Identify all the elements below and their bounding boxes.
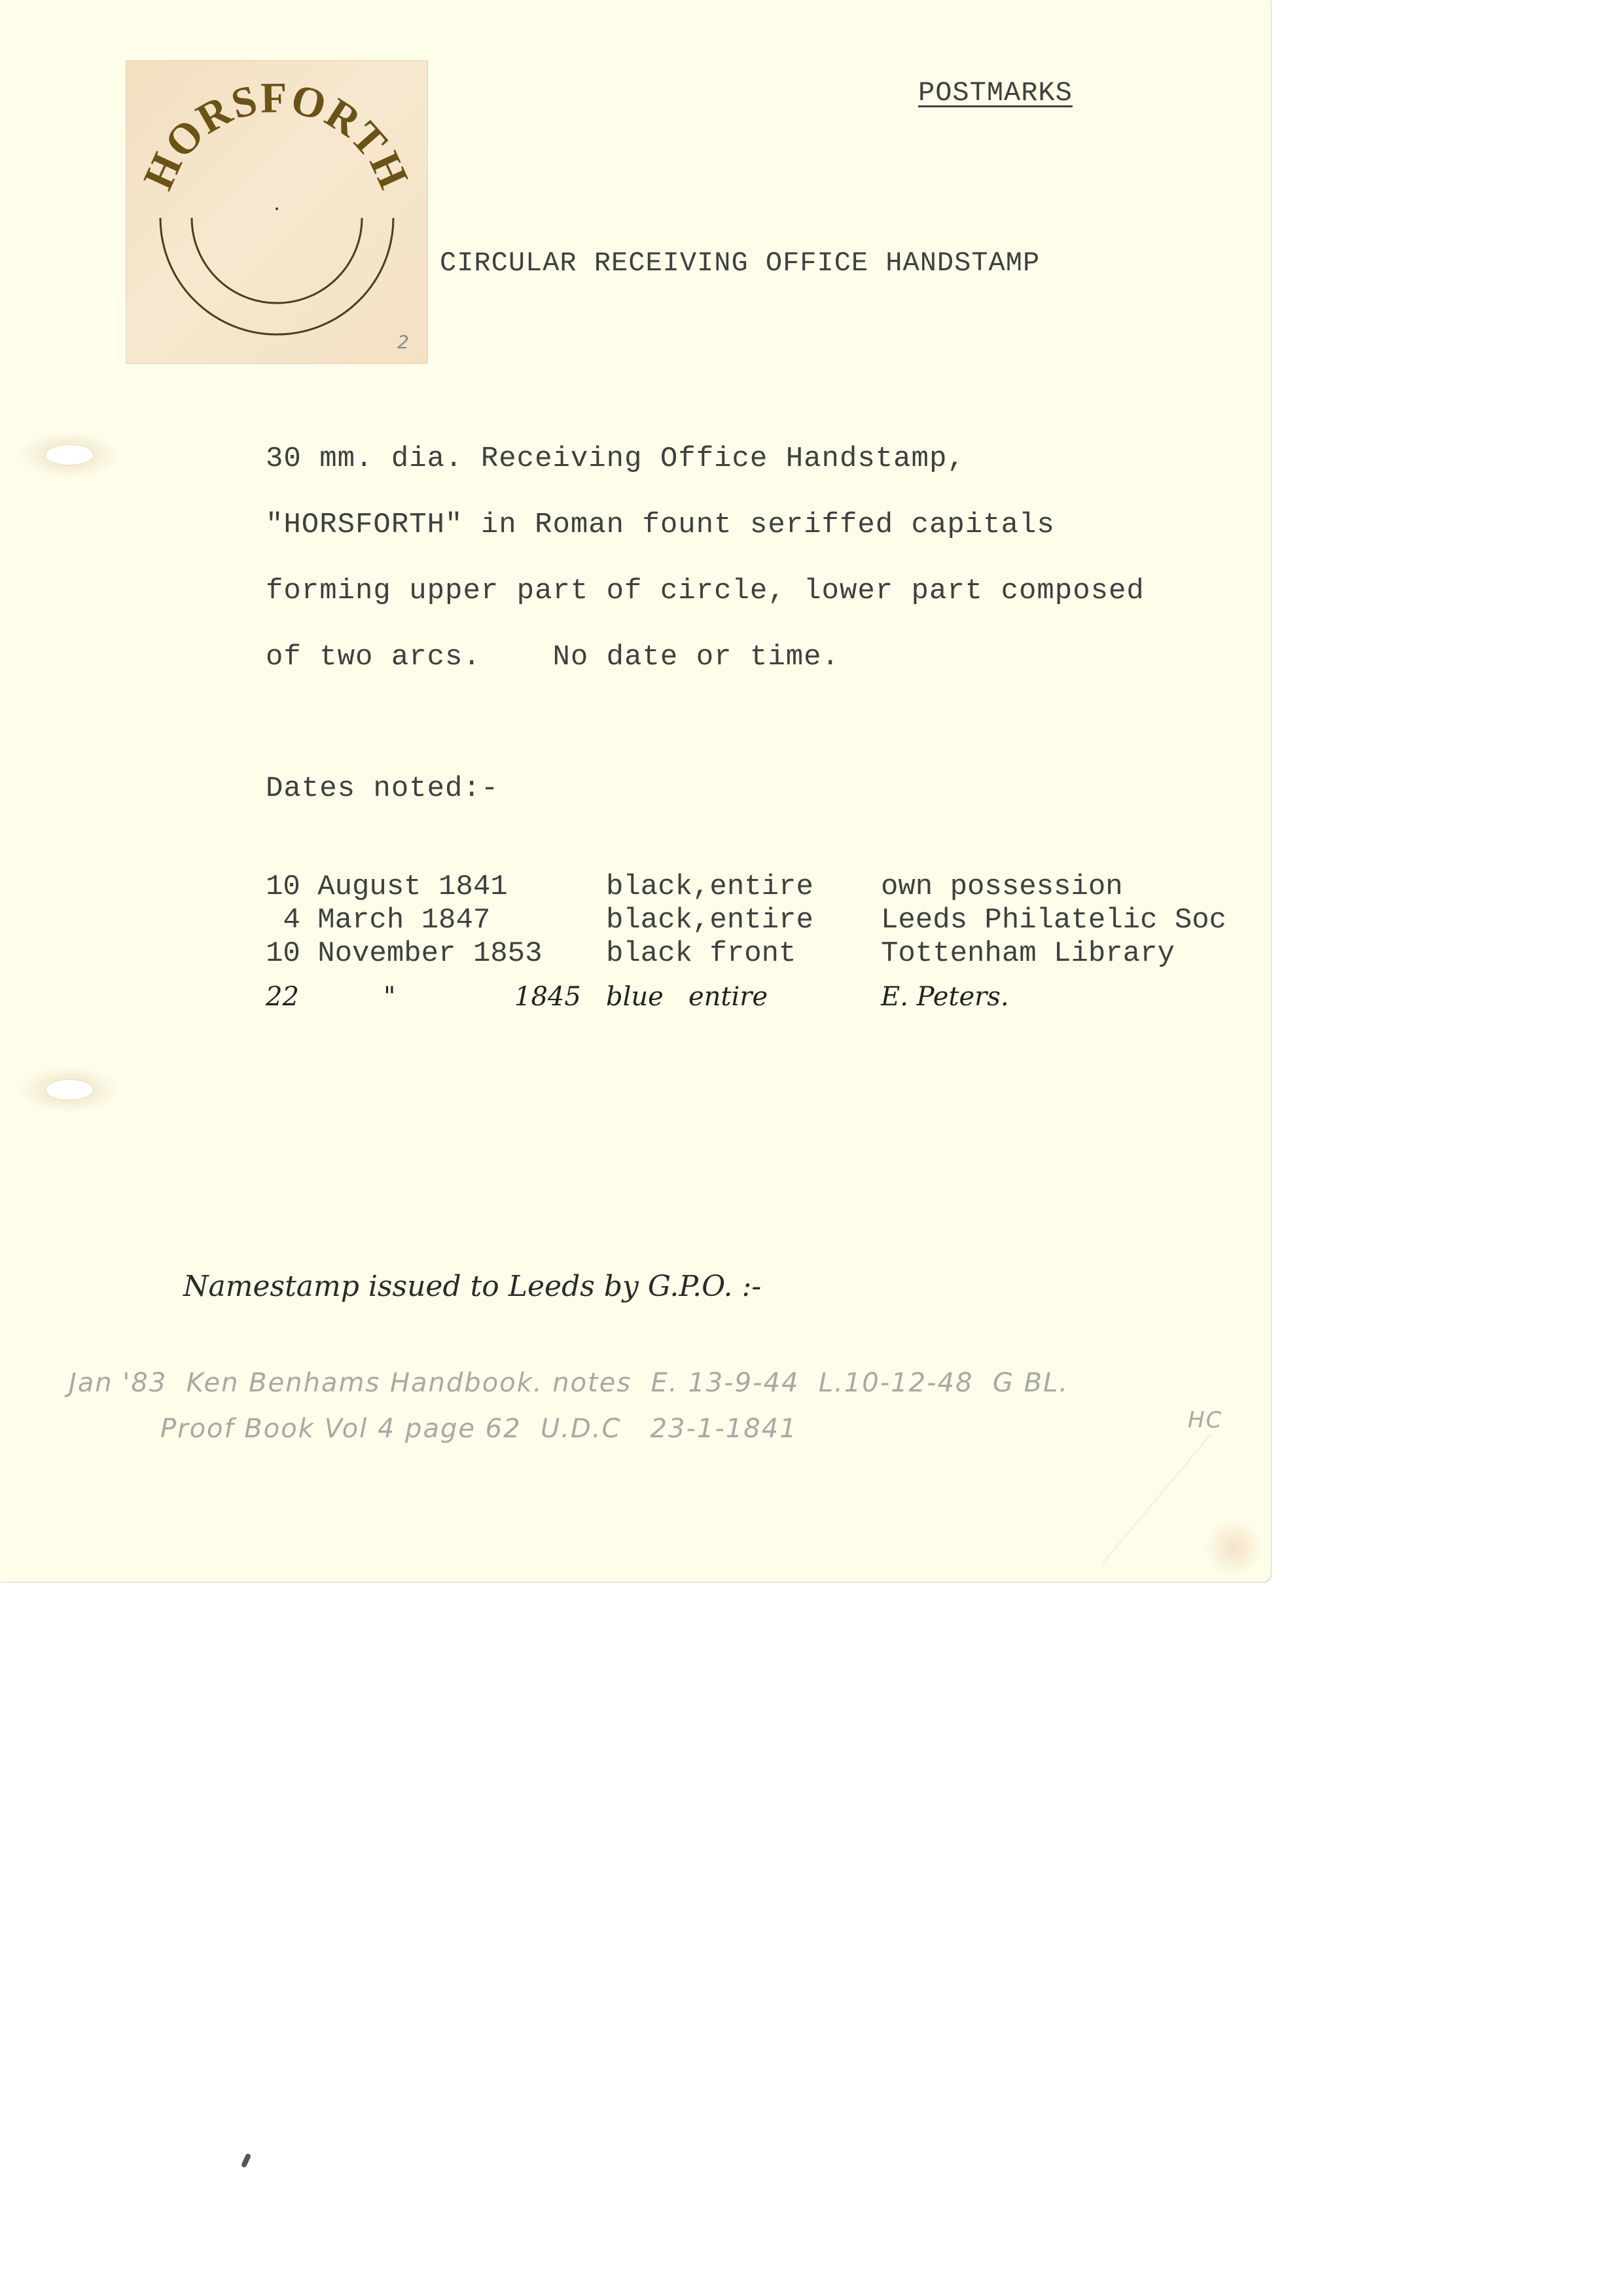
colour-item-cell: black,entire — [606, 904, 813, 937]
punch-hole-top — [45, 444, 94, 466]
handwritten-note: Namestamp issued to Leeds by G.P.O. :- — [183, 1270, 761, 1303]
svg-text:HORSFORTH: HORSFORTH — [134, 74, 418, 196]
pencil-initials: HC — [1188, 1407, 1222, 1433]
colour-item-cell: black front — [606, 937, 796, 970]
punch-hole-bottom — [45, 1079, 94, 1101]
date-cell: 10 November 1853 — [266, 937, 542, 970]
description-line-2: "HORSFORTH" in Roman fount seriffed capi… — [266, 509, 1055, 541]
source-cell: Leeds Philatelic Soc — [881, 904, 1226, 937]
page-subtitle: CIRCULAR RECEIVING OFFICE HANDSTAMP — [440, 247, 1040, 279]
source-cell: Tottenham Library — [881, 937, 1175, 970]
year-cell: 1845 — [514, 982, 581, 1012]
description-line-1: 30 mm. dia. Receiving Office Handstamp, — [266, 442, 965, 475]
colour-item-cell: black,entire — [606, 870, 813, 903]
document-page: HORSFORTH 2 POSTMARKS CIRCULAR RECEIVING… — [0, 0, 1271, 1582]
page-header: POSTMARKS — [918, 77, 1073, 109]
corner-fold-crease — [1101, 1433, 1212, 1564]
handstamp-proof-card: HORSFORTH 2 — [126, 61, 427, 363]
date-cell: 4 March 1847 — [266, 904, 490, 937]
dates-heading: Dates noted:- — [266, 772, 499, 805]
pencil-note-line-2: Proof Book Vol 4 page 62 U.D.C 23-1-1841 — [160, 1414, 798, 1444]
corner-stain — [1204, 1518, 1263, 1577]
ditto-mark: " — [383, 982, 395, 1012]
description-line-3: forming upper part of circle, lower part… — [266, 575, 1145, 607]
description-line-4: of two arcs. No date or time. — [266, 641, 840, 673]
date-cell: 10 August 1841 — [266, 870, 508, 903]
ink-speck — [241, 2153, 252, 2168]
day-cell: 22 — [266, 982, 299, 1012]
pencil-note-line-1: Jan '83 Ken Benhams Handbook. notes E. 1… — [69, 1368, 1069, 1398]
stamp-town-text: HORSFORTH — [134, 74, 418, 196]
colour-item-cell: blue entire — [606, 982, 768, 1012]
source-cell: own possession — [881, 870, 1123, 903]
card-number: 2 — [397, 331, 409, 353]
source-cell: E. Peters. — [881, 982, 1009, 1012]
horsforth-handstamp-icon: HORSFORTH — [126, 61, 427, 363]
